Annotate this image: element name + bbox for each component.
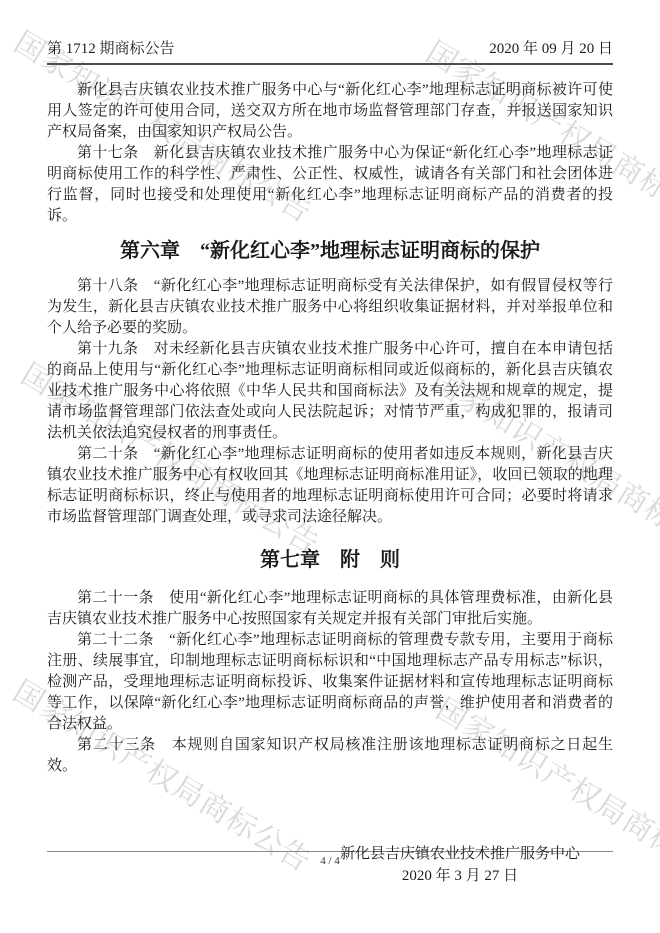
article-paragraph: 第十八条 “新化红心李”地理标志证明商标受有关法律保护，如有假冒侵权等行为发生，…: [47, 276, 613, 339]
article-paragraph: 第十九条 对未经新化县吉庆镇农业技术推广服务中心许可，擅自在本申请包括的商品上使…: [47, 339, 613, 444]
page-content: 第 1712 期商标公告 2020 年 09 月 20 日 新化县吉庆镇农业技术…: [0, 0, 660, 933]
gazette-issue-title: 第 1712 期商标公告: [47, 40, 175, 58]
article-paragraph: 第二十一条 使用“新化红心李”地理标志证明商标的具体管理费标准，由新化县吉庆镇农…: [47, 588, 613, 630]
gazette-date: 2020 年 09 月 20 日: [489, 40, 613, 58]
signature-organization: 新化县吉庆镇农业技术推广服务中心: [340, 843, 580, 865]
article-paragraph: 第二十二条 “新化红心李”地理标志证明商标的管理费专款专用，主要用于商标注册、续…: [47, 630, 613, 735]
document-body: 新化县吉庆镇农业技术推广服务中心与“新化红心李”地理标志证明商标被许可使用人签定…: [47, 80, 613, 887]
chapter-heading-6: 第六章 “新化红心李”地理标志证明商标的保护: [47, 238, 613, 264]
article-paragraph: 第二十三条 本规则自国家知识产权局核准注册该地理标志证明商标之日起生效。: [47, 735, 613, 777]
page-header: 第 1712 期商标公告 2020 年 09 月 20 日: [47, 40, 613, 65]
article-paragraph: 第二十条 “新化红心李”地理标志证明商标的使用者如违反本规则，新化县吉庆镇农业技…: [47, 444, 613, 528]
chapter-heading-7: 第七章 附 则: [47, 547, 613, 573]
article-paragraph: 第十七条 新化县吉庆镇农业技术推广服务中心为保证“新化红心李”地理标志证明商标使…: [47, 143, 613, 227]
signature-date: 2020 年 3 月 27 日: [340, 865, 580, 887]
signature-block: 新化县吉庆镇农业技术推广服务中心 2020 年 3 月 27 日: [340, 843, 580, 887]
document-page: { "header": { "issue_title": "第 1712 期商标…: [0, 0, 660, 933]
article-paragraph: 新化县吉庆镇农业技术推广服务中心与“新化红心李”地理标志证明商标被许可使用人签定…: [47, 80, 613, 143]
